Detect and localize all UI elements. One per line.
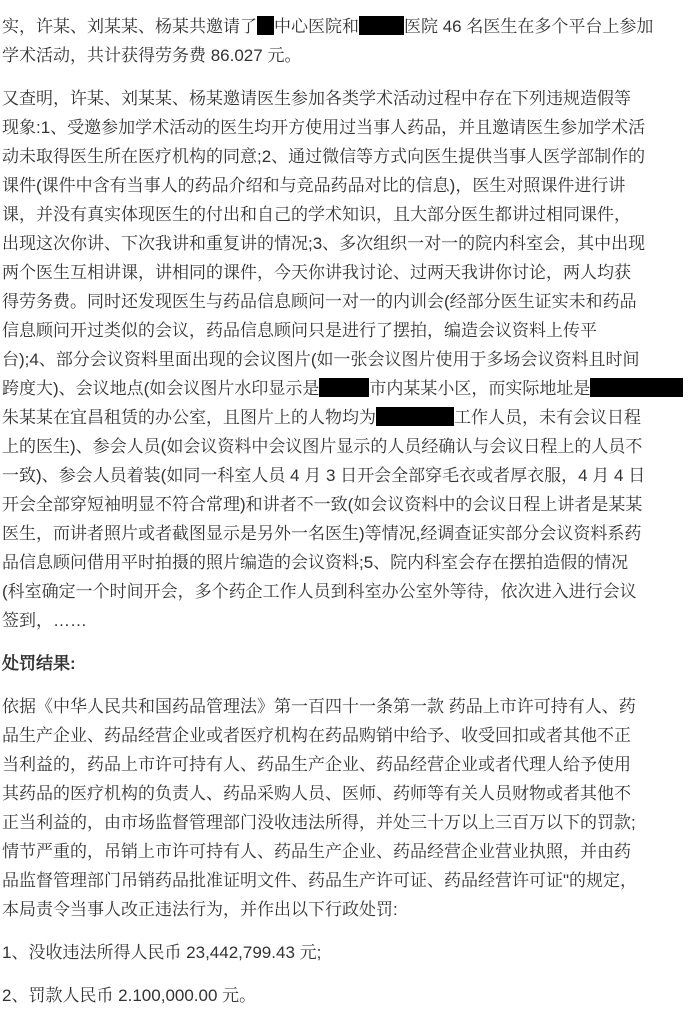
text-segment: 品信息顾问借用平时拍摄的照片编造的会议资料;5、院内科室会存在摆拍造假的情况 — [2, 553, 628, 572]
text-line: 现象:1、受邀参加学术活动的医生均开方使用过当事人药品，并且邀请医生参加学术活 — [2, 113, 691, 142]
intro-paragraph: 实，许某、刘某某、杨某共邀请了中心医院和医院 46 名医生在多个平台上参加学术活… — [2, 12, 691, 70]
text-segment: 依据《中华人民共和国药品管理法》第一百四十一条第一款 药品上市许可持有人、药 — [2, 697, 636, 716]
text-line: 得劳务费。同时还发现医生与药品信息顾问一对一的内训会(经部分医生证实未和药品 — [2, 287, 691, 316]
text-segment: 台);4、部分会议资料里面出现的会议图片(如一张会议图片使用于多场会议资料且时间 — [2, 350, 640, 369]
text-segment: 中心医院和 — [274, 17, 359, 36]
text-line: 1、没收违法所得人民币 23,442,799.43 元; — [2, 938, 691, 967]
text-segment: 实，许某、刘某某、杨某共邀请了 — [2, 17, 257, 36]
text-line: 出现这次你讲、下次我讲和重复讲的情况;3、多次组织一对一的院内科室会，其中出现 — [2, 229, 691, 258]
penalty-item-2: 2、罚款人民币 2.100,000.00 元。 — [2, 981, 691, 1009]
text-line: 信息顾问开过类似的会议，药品信息顾问只是进行了摆拍，编造会议资料上传平 — [2, 316, 691, 345]
text-line: 当利益的，药品上市许可持有人、药品生产企业、药品经营企业或者代理人给予使用 — [2, 750, 691, 779]
penalty-result-heading: 处罚结果: — [2, 649, 691, 678]
text-segment: 跨度大)、会议地点(如会议图片水印显示是 — [2, 379, 319, 398]
text-segment: 正当利益的，由市场监督管理部门没收违法所得，并处三十万以上三百万以下的罚款; — [2, 813, 636, 832]
text-segment: 工作人员，未有会议日程 — [454, 408, 641, 427]
text-line: 一致)、参会人员着装(如同一科室人员 4 月 3 日开会全部穿毛衣或者厚衣服，4… — [2, 461, 691, 490]
text-segment: 市内某某小区，而实际地址是 — [369, 379, 590, 398]
text-line: 开会全部穿短袖明显不符合常理)和讲者不一致(如会议资料中的会议日程上讲者是某某 — [2, 490, 691, 519]
text-segment: 得劳务费。同时还发现医生与药品信息顾问一对一的内训会(经部分医生证实未和药品 — [2, 292, 637, 311]
text-line: 课，并没有真实体现医生的付出和自己的学术知识，且大部分医生都讲过相同课件， — [2, 200, 691, 229]
text-segment: 情节严重的，吊销上市许可持有人、药品生产企业、药品经营企业营业执照，并由药 — [2, 842, 631, 861]
text-segment: 两个医生互相讲课，讲相同的课件，今天你讲我讨论、过两天我讲你讨论，两人均获 — [2, 263, 631, 282]
text-segment: 处罚结果: — [2, 654, 76, 673]
redaction-box — [359, 16, 404, 35]
text-segment: 品监督管理部门吊销药品批准证明文件、药品生产许可证、药品经营许可证"的规定， — [2, 871, 637, 890]
legal-basis-paragraph: 依据《中华人民共和国药品管理法》第一百四十一条第一款 药品上市许可持有人、药品生… — [2, 692, 691, 924]
text-line: 情节严重的，吊销上市许可持有人、药品生产企业、药品经营企业营业执照，并由药 — [2, 837, 691, 866]
redaction-box — [376, 407, 454, 426]
text-line: 正当利益的，由市场监督管理部门没收违法所得，并处三十万以上三百万以下的罚款; — [2, 808, 691, 837]
text-segment: 学术活动，共计获得劳务费 86.027 元。 — [2, 46, 301, 65]
text-line: 2、罚款人民币 2.100,000.00 元。 — [2, 981, 691, 1009]
text-line: 品信息顾问借用平时拍摄的照片编造的会议资料;5、院内科室会存在摆拍造假的情况 — [2, 548, 691, 577]
text-segment: 上的医生)、参会人员(如会议资料中会议图片显示的人员经确认与会议日程上的人员不 — [2, 437, 642, 456]
text-line: 实，许某、刘某某、杨某共邀请了中心医院和医院 46 名医生在多个平台上参加 — [2, 12, 691, 41]
text-line: 动未取得医生所在医疗机构的同意;2、通过微信等方式向医生提供当事人医学部制作的 — [2, 142, 691, 171]
text-segment: 2、罚款人民币 2.100,000.00 元。 — [2, 986, 256, 1005]
text-line: 本局责令当事人改正违法行为，并作出以下行政处罚: — [2, 895, 691, 924]
text-segment: 开会全部穿短袖明显不符合常理)和讲者不一致(如会议资料中的会议日程上讲者是某某 — [2, 495, 642, 514]
text-line: 品监督管理部门吊销药品批准证明文件、药品生产许可证、药品经营许可证"的规定， — [2, 866, 691, 895]
text-line: 两个医生互相讲课，讲相同的课件，今天你讲我讨论、过两天我讲你讨论，两人均获 — [2, 258, 691, 287]
document: 实，许某、刘某某、杨某共邀请了中心医院和医院 46 名医生在多个平台上参加学术活… — [0, 0, 691, 1009]
redaction-box — [319, 378, 369, 397]
text-segment: 现象:1、受邀参加学术活动的医生均开方使用过当事人药品，并且邀请医生参加学术活 — [2, 118, 645, 137]
findings-paragraph: 又查明，许某、刘某某、杨某邀请医生参加各类学术活动过程中存在下列违规造假等现象:… — [2, 84, 691, 635]
text-line: 课件(课件中含有当事人的药品介绍和与竞品药品对比的信息)，医生对照课件进行讲 — [2, 171, 691, 200]
redaction-box — [590, 378, 683, 397]
text-line: 医生，而讲者照片或者截图显示是另外一名医生)等情况,经调查证实部分会议资料系药 — [2, 519, 691, 548]
text-line: 又查明，许某、刘某某、杨某邀请医生参加各类学术活动过程中存在下列违规造假等 — [2, 84, 691, 113]
text-line: 学术活动，共计获得劳务费 86.027 元。 — [2, 41, 691, 70]
text-line: 朱某某在宜昌租赁的办公室，且图片上的人物均为工作人员，未有会议日程 — [2, 403, 691, 432]
text-segment: 当利益的，药品上市许可持有人、药品生产企业、药品经营企业或者代理人给予使用 — [2, 755, 631, 774]
text-segment: 信息顾问开过类似的会议，药品信息顾问只是进行了摆拍，编造会议资料上传平 — [2, 321, 597, 340]
text-segment: 又查明，许某、刘某某、杨某邀请医生参加各类学术活动过程中存在下列违规造假等 — [2, 89, 631, 108]
text-segment: 1、没收违法所得人民币 23,442,799.43 元; — [2, 943, 321, 962]
text-segment: 课件(课件中含有当事人的药品介绍和与竞品药品对比的信息)，医生对照课件进行讲 — [2, 176, 625, 195]
text-segment: 课，并没有真实体现医生的付出和自己的学术知识，且大部分医生都讲过相同课件， — [2, 205, 631, 224]
text-line: 上的医生)、参会人员(如会议资料中会议图片显示的人员经确认与会议日程上的人员不 — [2, 432, 691, 461]
redaction-box — [257, 16, 274, 35]
penalty-item-1: 1、没收违法所得人民币 23,442,799.43 元; — [2, 938, 691, 967]
text-line: (科室确定一个时间开会，多个药企工作人员到科室办公室外等待，依次进入进行会议 — [2, 577, 691, 606]
text-segment: 本局责令当事人改正违法行为，并作出以下行政处罚: — [2, 900, 398, 919]
text-segment: 朱某某在宜昌租赁的办公室，且图片上的人物均为 — [2, 408, 376, 427]
text-segment: 出现这次你讲、下次我讲和重复讲的情况;3、多次组织一对一的院内科室会，其中出现 — [2, 234, 645, 253]
text-line: 品生产企业、药品经营企业或者医疗机构在药品购销中给予、收受回扣或者其他不正 — [2, 721, 691, 750]
text-segment: 品生产企业、药品经营企业或者医疗机构在药品购销中给予、收受回扣或者其他不正 — [2, 726, 631, 745]
text-line: 其药品的医疗机构的负责人、药品采购人员、医师、药师等有关人员财物或者其他不 — [2, 779, 691, 808]
text-segment: 动未取得医生所在医疗机构的同意;2、通过微信等方式向医生提供当事人医学部制作的 — [2, 147, 645, 166]
text-line: 依据《中华人民共和国药品管理法》第一百四十一条第一款 药品上市许可持有人、药 — [2, 692, 691, 721]
text-segment: 签到，…… — [2, 611, 87, 630]
text-segment: 一致)、参会人员着装(如同一科室人员 4 月 3 日开会全部穿毛衣或者厚衣服，4… — [2, 466, 645, 485]
text-line: 台);4、部分会议资料里面出现的会议图片(如一张会议图片使用于多场会议资料且时间 — [2, 345, 691, 374]
text-segment: 医院 46 名医生在多个平台上参加 — [404, 17, 653, 36]
text-segment: 医生，而讲者照片或者截图显示是另外一名医生)等情况,经调查证实部分会议资料系药 — [2, 524, 641, 543]
text-segment: 其药品的医疗机构的负责人、药品采购人员、医师、药师等有关人员财物或者其他不 — [2, 784, 631, 803]
text-line: 跨度大)、会议地点(如会议图片水印显示是市内某某小区，而实际地址是 — [2, 374, 691, 403]
text-segment: (科室确定一个时间开会，多个药企工作人员到科室办公室外等待，依次进入进行会议 — [2, 582, 637, 601]
text-line: 签到，…… — [2, 606, 691, 635]
text-line: 处罚结果: — [2, 649, 691, 678]
